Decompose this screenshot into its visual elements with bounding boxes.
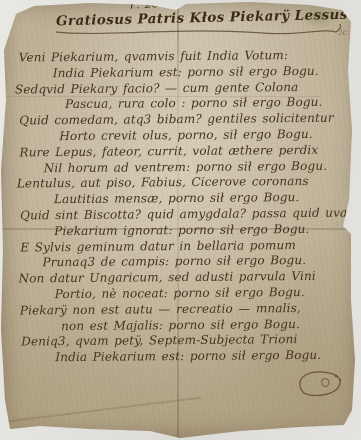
- archival-number-annotation: ✝. 28: [127, 0, 160, 12]
- poem-body: Veni Piekarium, qvamvis fuit India Votum…: [19, 48, 359, 367]
- photo-background: ✝. 28 3c Gratiosus Patris Kłos Piekarÿ L…: [0, 0, 361, 440]
- ink-doodle-icon: [292, 368, 350, 406]
- diagonal-crease: [0, 397, 201, 426]
- title-underline-flourish-icon: [52, 24, 352, 40]
- poem-line: Nil horum ad ventrem: porno sił ergo Bog…: [44, 158, 357, 177]
- poem-line: Non datur Ungaricum, sed adusti parvula …: [19, 269, 358, 288]
- poem-line: India Piekarium est: porno sił ergo Bogu…: [55, 348, 358, 366]
- manuscript-page: ✝. 28 3c Gratiosus Patris Kłos Piekarÿ L…: [0, 0, 361, 440]
- poem-line: Lentulus, aut piso, Fabius, Cicerove cor…: [17, 174, 357, 193]
- poem-line: India Piekarium est: porno sił ergo Bogu…: [53, 63, 356, 81]
